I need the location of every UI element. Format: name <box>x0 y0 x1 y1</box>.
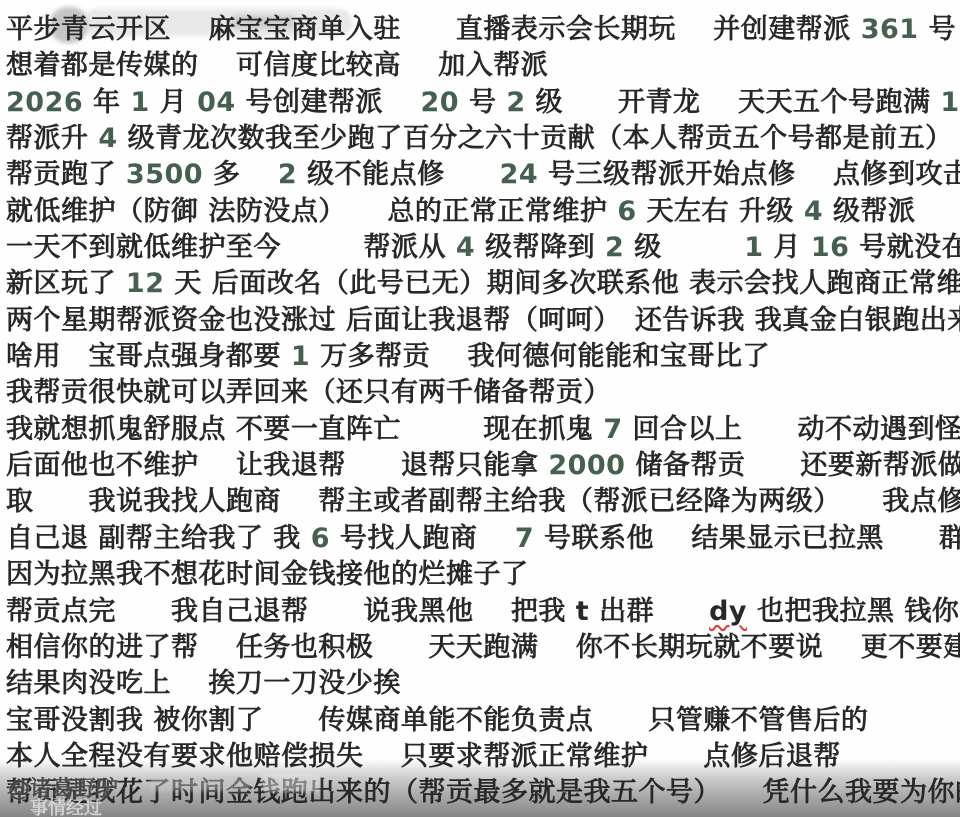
document-page: 平步青云开区 麻宝宝商单入驻 直播表示会长期玩 并创建帮派 361 号 想着都是… <box>0 0 960 817</box>
text-line: 相信你的进了帮 任务也积极 天天跑满 你不长期玩就不要说 更不要建帮 <box>6 630 960 666</box>
text-line: 想着都是传媒的 可信度比较高 加入帮派 <box>6 48 960 84</box>
text-line: 就低维护（防御 法防没点） 总的正常正常维护 6 天左右 升级 4 级帮派 <box>6 194 960 230</box>
text-line: 两个星期帮派资金也没涨过 后面让我退帮（呵呵） 还告诉我 我真金白银跑出来的帮贡… <box>6 303 960 339</box>
text-line: 新区玩了 12 天 后面改名（此号已无）期间多次联系他 表示会找人跑商正常维护 <box>6 266 960 302</box>
watermark-smudge <box>262 772 320 792</box>
text-line: 因为拉黑我不想花时间金钱接他的烂摊子了 <box>6 557 960 593</box>
text-line: 结果肉没吃上 挨刀一刀没少挨 <box>6 666 960 702</box>
text-line: 帮派升 4 级青龙次数我至少跑了百分之六十贡献（本人帮贡五个号都是前五） <box>6 121 960 157</box>
text-line: 啥用 宝哥点强身都要 1 万多帮贡 我何德何能能和宝哥比了 <box>6 339 960 375</box>
text-line: 2026 年 1 月 04 号创建帮派 20 号 2 级 开青龙 天天五个号跑满… <box>6 85 960 121</box>
text-line: 帮贡点完 我自己退帮 说我黑他 把我 t 出群 dy 也把我拉黑 钱你挣了 肉吃… <box>6 594 960 630</box>
text-line: 帮贡跑了 3500 多 2 级不能点修 24 号三级帮派开始点修 点修到攻击三 <box>6 157 960 193</box>
text-line: 取 我说我找人跑商 帮主或者副帮主给我（帮派已经降为两级） 我点修完后我 <box>6 484 960 520</box>
text-line: 后面他也不维护 让我退帮 退帮只能拿 2000 储备帮贡 还要新帮派做任务慢慢 <box>6 448 960 484</box>
text-line: 自己退 副帮主给我了 我 6 号找人跑商 7 号联系他 结果显示已拉黑 群里找他 <box>6 521 960 557</box>
text-line: 我就想抓鬼舒服点 不要一直阵亡 现在抓鬼 7 回合以上 动不动遇到怪打主 一下就… <box>6 412 960 448</box>
text-line: 本人全程没有要求他赔偿损失 只要求帮派正常维护 点修后退帮 <box>6 739 960 775</box>
watermark-smudge <box>150 776 250 791</box>
text-line: 一天不到就低维护至今 帮派从 4 级帮降到 2 级 1 月 16 号就没在上过游… <box>6 230 960 266</box>
text-line: 平步青云开区 麻宝宝商单入驻 直播表示会长期玩 并创建帮派 361 号 <box>6 12 960 48</box>
document-text: 平步青云开区 麻宝宝商单入驻 直播表示会长期玩 并创建帮派 361 号 想着都是… <box>6 12 960 812</box>
text-line: 我帮贡很快就可以弄回来（还只有两千储备帮贡） <box>6 375 960 411</box>
video-caption: 事情经过 <box>30 794 102 817</box>
text-line: 宝哥没割我 被你割了 传媒商单能不能负责点 只管赚不管售后的 <box>6 703 960 739</box>
